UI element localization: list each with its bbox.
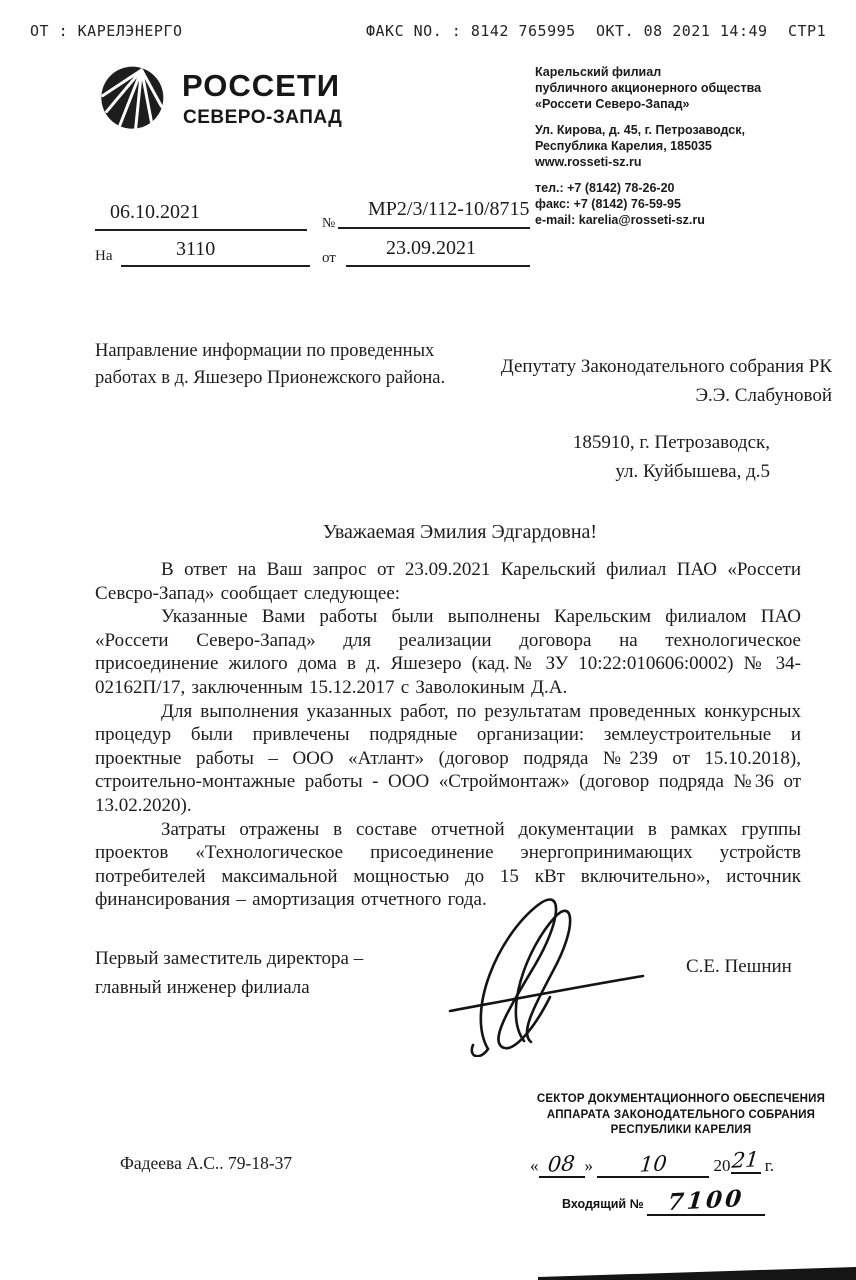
signatory-position: Первый заместитель директора – главный и… bbox=[95, 944, 363, 1002]
ref-underline bbox=[121, 265, 310, 267]
org-line: публичного акционерного общества bbox=[535, 80, 835, 96]
scanned-letter-page: ОТ : КАРЕЛЭНЕРГО ФАКС NO. : 8142 765995 … bbox=[0, 0, 856, 1280]
incoming-ref-number: 3110 bbox=[176, 238, 215, 261]
stamp-month-handwritten: 10 bbox=[639, 1151, 668, 1176]
addressee-street: ул. Куйбышева, д.5 bbox=[573, 457, 770, 486]
org-line: «Россети Северо-Запад» bbox=[535, 96, 835, 112]
stamp-org-line-1: СЕКТОР ДОКУМЕНТАЦИОННОГО ОБЕСПЕЧЕНИЯ bbox=[528, 1092, 834, 1108]
na-label: На bbox=[95, 248, 113, 265]
incoming-number-handwritten: 7100 bbox=[667, 1185, 746, 1216]
ref-underline bbox=[95, 229, 307, 231]
registration-stamp: СЕКТОР ДОКУМЕНТАЦИОННОГО ОБЕСПЕЧЕНИЯ АПП… bbox=[528, 1092, 834, 1216]
subject-line-1: Направление информации по проведенных bbox=[95, 338, 445, 365]
subject-line-2: работах в д. Яшезеро Прионежского района… bbox=[95, 365, 445, 392]
handwritten-signature-icon bbox=[438, 891, 648, 1057]
address-line: Ул. Кирова, д. 45, г. Петрозаводск, bbox=[535, 122, 835, 138]
outgoing-number: МР2/3/112-10/8715 bbox=[368, 198, 530, 221]
letterhead-contacts-group: тел.: +7 (8142) 78-26-20 факс: +7 (8142)… bbox=[535, 180, 835, 228]
addressee-title: Депутату Законодательного собрания РК bbox=[501, 352, 832, 381]
fax-line: факс: +7 (8142) 76-59-95 bbox=[535, 196, 835, 212]
logo-brand-region: СЕВЕРО-ЗАПАД bbox=[183, 107, 342, 129]
website-line: www.rosseti-sz.ru bbox=[535, 154, 835, 170]
stamp-org-line-3: РЕСПУБЛИКИ КАРЕЛИЯ bbox=[528, 1123, 834, 1139]
letter-body: В ответ на Ваш запрос от 23.09.2021 Каре… bbox=[95, 558, 801, 912]
address-line: Республика Карелия, 185035 bbox=[535, 138, 835, 154]
scan-artifact-bar bbox=[538, 1266, 856, 1280]
logo-brand-name: РОССЕТИ bbox=[182, 68, 340, 104]
quote-open: « bbox=[530, 1156, 539, 1175]
stamp-incoming-row: Входящий № 7100 bbox=[562, 1187, 834, 1216]
signatory-position-line-1: Первый заместитель директора – bbox=[95, 944, 363, 973]
addressee-city: 185910, г. Петрозаводск, bbox=[573, 428, 770, 457]
request-date: 23.09.2021 bbox=[386, 237, 476, 260]
addressee-address-block: 185910, г. Петрозаводск, ул. Куйбышева, … bbox=[573, 428, 770, 486]
stamp-date-row: «08» 10 2021 г. bbox=[530, 1152, 834, 1178]
stamp-org-line-2: АППАРАТА ЗАКОНОДАТЕЛЬНОГО СОБРАНИЯ bbox=[528, 1108, 834, 1124]
letter-subject: Направление информации по проведенных ра… bbox=[95, 338, 445, 392]
fax-transmission-header: ОТ : КАРЕЛЭНЕРГО ФАКС NO. : 8142 765995 … bbox=[0, 22, 856, 44]
rosseti-logo: РОССЕТИ СЕВЕРО-ЗАПАД bbox=[100, 60, 360, 150]
letterhead-contact-block: Карельский филиал публичного акционерног… bbox=[535, 64, 835, 238]
incoming-label: Входящий № bbox=[562, 1197, 644, 1211]
body-paragraph-3: Для выполнения указанных работ, по резул… bbox=[95, 700, 801, 818]
letterhead-org-group: Карельский филиал публичного акционерног… bbox=[535, 64, 835, 112]
phone-line: тел.: +7 (8142) 78-26-20 bbox=[535, 180, 835, 196]
addressee-name: Э.Э. Слабуновой bbox=[501, 381, 832, 410]
body-paragraph-1: В ответ на Ваш запрос от 23.09.2021 Каре… bbox=[95, 558, 801, 605]
fax-sender: ОТ : КАРЕЛЭНЕРГО bbox=[30, 22, 183, 40]
stamp-year-handwritten: 21 bbox=[731, 1147, 760, 1172]
executor-contact: Фадеева А.С.. 79-18-37 bbox=[120, 1153, 292, 1174]
stamp-year-suffix: г. bbox=[765, 1156, 774, 1175]
fax-number: ФАКС NO. : 8142 765995 bbox=[366, 22, 576, 40]
fax-datetime: ОКТ. 08 2021 14:49 bbox=[596, 22, 768, 40]
fax-page-number: СТР1 bbox=[788, 22, 826, 40]
ref-underline bbox=[338, 227, 530, 229]
stamp-organization: СЕКТОР ДОКУМЕНТАЦИОННОГО ОБЕСПЕЧЕНИЯ АПП… bbox=[528, 1092, 834, 1139]
salutation: Уважаемая Эмилия Эдгардовна! bbox=[60, 521, 856, 544]
signatory-position-line-2: главный инженер филиала bbox=[95, 973, 363, 1002]
body-paragraph-2: Указанные Вами работы были выполнены Кар… bbox=[95, 605, 801, 699]
rosseti-globe-icon bbox=[100, 64, 166, 130]
email-line: e-mail: karelia@rosseti-sz.ru bbox=[535, 212, 835, 228]
quote-close: » bbox=[585, 1156, 594, 1175]
stamp-day-handwritten: 08 bbox=[547, 1151, 576, 1176]
org-line: Карельский филиал bbox=[535, 64, 835, 80]
signatory-name: С.Е. Пешнин bbox=[686, 956, 792, 978]
addressee-block: Депутату Законодательного собрания РК Э.… bbox=[501, 352, 832, 410]
stamp-century: 20 bbox=[714, 1156, 731, 1175]
ref-underline bbox=[346, 265, 530, 267]
letterhead-address-group: Ул. Кирова, д. 45, г. Петрозаводск, Респ… bbox=[535, 122, 835, 170]
ot-label: от bbox=[322, 250, 336, 267]
number-label: № bbox=[322, 216, 335, 232]
outgoing-date: 06.10.2021 bbox=[110, 201, 200, 224]
